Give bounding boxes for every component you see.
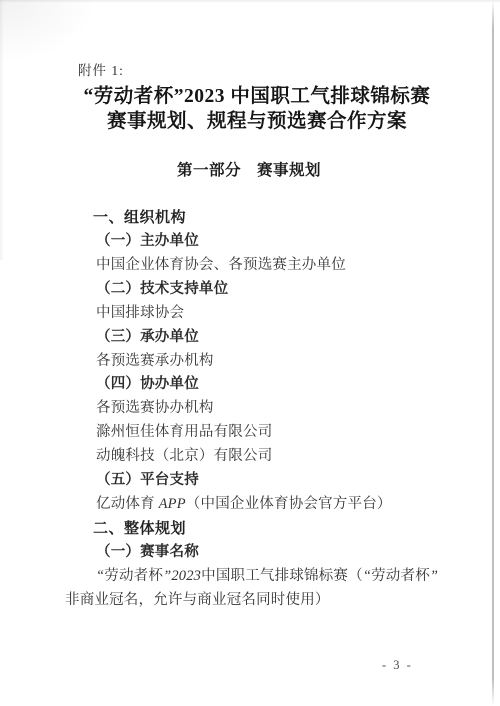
subheading-organizer: （三）承办单位: [65, 326, 485, 350]
paragraph-co-organizer-1: 各预选赛协办机构: [65, 397, 485, 421]
page-number: - 3 -: [382, 658, 413, 673]
document-title-line-1: “劳动者杯”2023 中国职工气排球锦标赛: [14, 85, 500, 110]
paragraph-host-unit: 中国企业体育协会、各预选赛主办单位: [65, 254, 485, 278]
heading-organization: 一、组织机构: [65, 206, 485, 230]
document-body: 一、组织机构 （一）主办单位 中国企业体育协会、各预选赛主办单位 （二）技术支持…: [65, 206, 485, 613]
subheading-platform-support: （五）平台支持: [65, 469, 485, 493]
subheading-host-unit: （一）主办单位: [65, 230, 485, 254]
scan-left-edge-shadow: [0, 0, 4, 260]
document-title: “劳动者杯”2023 中国职工气排球锦标赛 赛事规划、规程与预选赛合作方案: [14, 85, 500, 134]
paragraph-event-name-line-1: “劳动者杯”2023中国职工气排球锦标赛（“劳动者杯”: [65, 565, 485, 589]
paragraph-event-name-line-2: 非商业冠名，允许与商业冠名同时使用）: [65, 589, 485, 613]
subheading-co-organizer: （四）协办单位: [65, 373, 485, 397]
paragraph-tech-support: 中国排球协会: [65, 302, 485, 326]
document-title-line-2: 赛事规划、规程与预选赛合作方案: [14, 110, 500, 135]
scanned-document-page: 附件 1: “劳动者杯”2023 中国职工气排球锦标赛 赛事规划、规程与预选赛合…: [0, 0, 500, 706]
paragraph-organizer: 各预选赛承办机构: [65, 350, 485, 374]
subheading-tech-support: （二）技术支持单位: [65, 278, 485, 302]
subheading-event-name: （一）赛事名称: [65, 541, 485, 565]
section-heading: 第一部分 赛事规划: [6, 158, 492, 180]
paragraph-platform-support: 亿动体育 APP（中国企业体育协会官方平台）: [65, 493, 485, 517]
paragraph-co-organizer-3: 动魄科技（北京）有限公司: [65, 445, 485, 469]
paragraph-co-organizer-2: 滁州恒佳体育用品有限公司: [65, 421, 485, 445]
attachment-label: 附件 1:: [78, 59, 124, 79]
heading-overall-plan: 二、整体规划: [65, 517, 485, 541]
